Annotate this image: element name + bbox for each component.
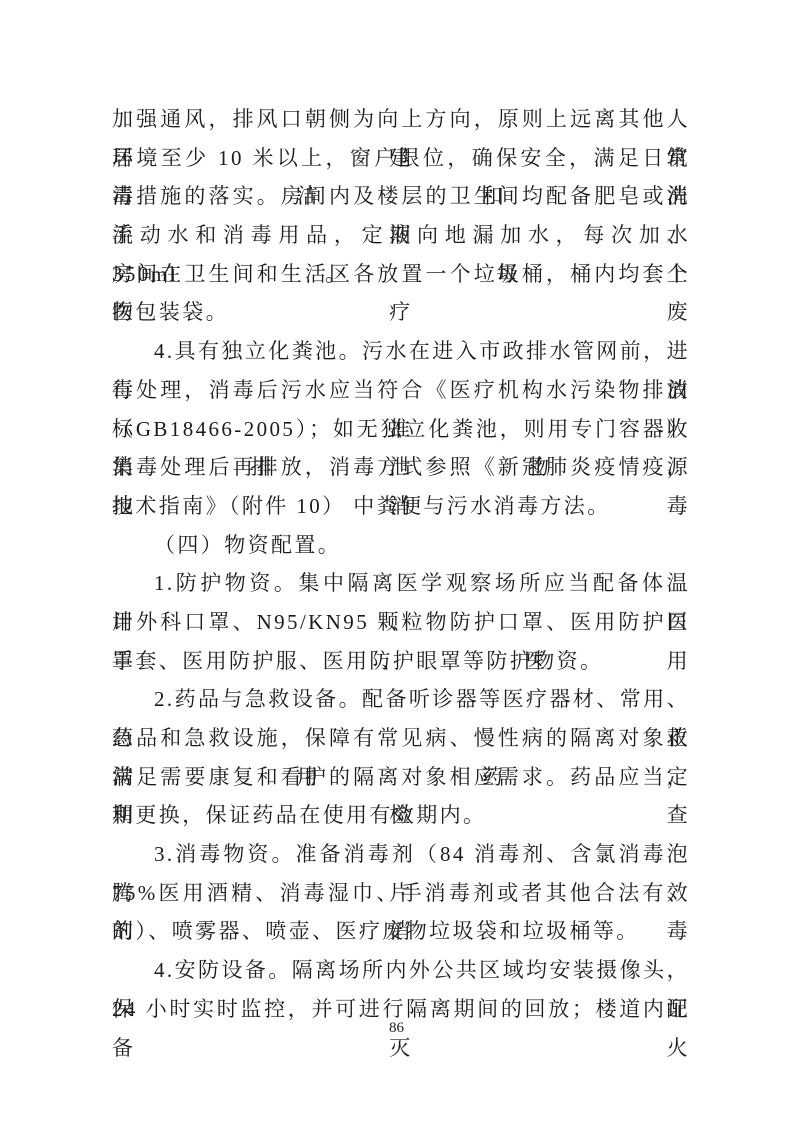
- text-line: 加强通风，排风口朝侧为向上方向，原则上远离其他人居建筑: [112, 100, 690, 139]
- text-line: 药品和急救设施，保障有常见病、慢性病的隔离对象正常用药，: [112, 719, 690, 758]
- text-line: 剂）、喷雾器、喷壶、医疗废物垃圾袋和垃圾桶等。: [112, 912, 690, 951]
- text-line: 4.安防设备。隔离场所内外公共区域均安装摄像头，保证: [112, 951, 690, 990]
- text-line: 流动水和消毒用品，定期向地漏加水，每次加水 350ml。每个: [112, 216, 690, 255]
- text-line: 3.消毒物资。准备消毒剂（84 消毒剂、含氯消毒泡腾片、: [112, 835, 690, 874]
- document-body: 加强通风，排风口朝侧为向上方向，原则上远离其他人居建筑环境至少 10 米以上，窗…: [112, 100, 690, 1029]
- text-line: 75%医用酒精、消毒湿巾、手消毒剂或者其他合法有效的消毒: [112, 874, 690, 913]
- text-line: （四）物资配置。: [112, 526, 690, 565]
- text-line: 毒处理，消毒后污水应当符合《医疗机构水污染物排放标准》: [112, 371, 690, 410]
- document-page: 加强通风，排风口朝侧为向上方向，原则上远离其他人居建筑环境至少 10 米以上，窗…: [0, 0, 793, 1122]
- text-line: 技术指南》（附件 10） 中粪便与污水消毒方法。: [112, 487, 690, 526]
- text-line: （GB18466-2005）；如无独立化粪池，则用专门容器收集排泄物，: [112, 410, 690, 449]
- text-line: 满足需要康复和看护的隔离对象相应需求。药品应当定期检查: [112, 758, 690, 797]
- text-line: 房间在卫生间和生活区各放置一个垃圾桶，桶内均套上医疗废: [112, 255, 690, 294]
- text-line: 毒措施的落实。房间内及楼层的卫生间均配备肥皂或洗手液、: [112, 177, 690, 216]
- text-line: 4.具有独立化粪池。污水在进入市政排水管网前，进行消: [112, 332, 690, 371]
- text-line: 环境至少 10 米以上，窗户限位，确保安全，满足日常清洁和消: [112, 139, 690, 178]
- text-line: 手套、医用防护服、医用防护眼罩等防护物资。: [112, 642, 690, 681]
- text-line: 2.药品与急救设备。配备听诊器等医疗器材、常用、急救: [112, 680, 690, 719]
- text-line: 用外科口罩、N95/KN95 颗粒物防护口罩、医用防护口罩 、医用: [112, 603, 690, 642]
- text-line: 消毒处理后再排放，消毒方式参照《新冠肺炎疫情疫源地消毒: [112, 448, 690, 487]
- page-number: 86: [0, 1020, 793, 1037]
- text-line: 1.防护物资。集中隔离医学观察场所应当配备体温计、医: [112, 564, 690, 603]
